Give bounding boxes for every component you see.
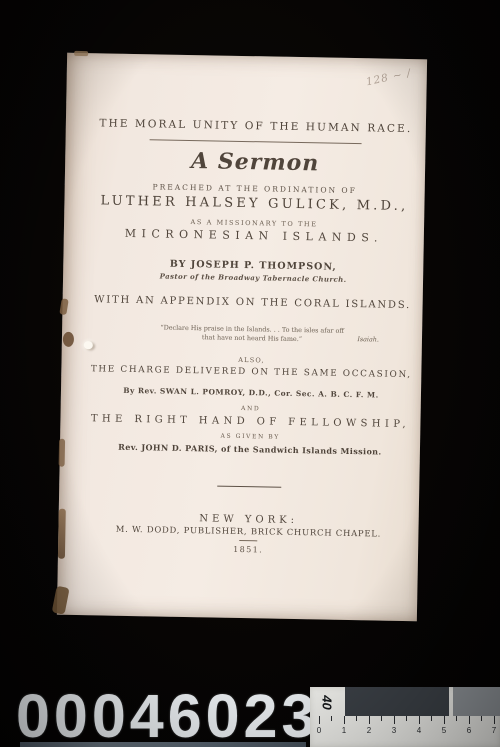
binding-wear-mark <box>52 586 70 615</box>
ordinand-name-line: LUTHER HALSEY GULICK, M.D., <box>88 193 420 214</box>
scale-side-label: 40 <box>314 688 342 715</box>
binding-wear-mark <box>58 509 66 559</box>
ruler-tick <box>381 716 382 721</box>
year-divider-rule <box>239 540 257 541</box>
charge-line: THE CHARGE DELIVERED ON THE SAME OCCASIO… <box>85 364 417 380</box>
binding-wear-mark <box>59 439 66 467</box>
scale-light-segment <box>453 687 500 716</box>
binding-wear-mark <box>59 298 68 315</box>
sermon-heading-blackletter: A Sermon <box>89 146 421 178</box>
ruler-tick <box>406 716 407 721</box>
ruler-number: 4 <box>414 726 424 735</box>
ruler-number: 2 <box>364 726 374 735</box>
ruler-tick <box>456 716 457 721</box>
binding-wear-mark <box>63 332 74 347</box>
paris-line: Rev. JOHN D. PARIS, of the Sandwich Isla… <box>84 441 416 457</box>
ruler-tick <box>319 716 320 724</box>
scripture-quote: “Declare His praise in the Islands. . . … <box>86 322 418 345</box>
ruler-number: 3 <box>389 726 399 735</box>
ruler-number: 5 <box>439 726 449 735</box>
ruler-number: 6 <box>464 726 474 735</box>
color-bar-strip <box>20 742 306 747</box>
scale-dark-segment <box>345 687 449 716</box>
ruler-tick <box>431 716 432 721</box>
accession-number: 00046023 <box>16 688 316 744</box>
ruler-tick <box>419 716 420 724</box>
scale-side-label-text: 40 <box>320 695 335 709</box>
ruler-tick <box>394 716 395 724</box>
measuring-scale: 40 0 1 2 3 4 5 6 7 <box>310 687 500 747</box>
charge-author-line: By Rev. SWAN L. POMROY, D.D., Cor. Sec. … <box>85 385 417 400</box>
paper-bright-spot <box>84 341 93 349</box>
ruler-tick <box>369 716 370 724</box>
ruler-tick <box>481 716 482 721</box>
imprint-divider-rule <box>217 486 281 488</box>
ruler-tick <box>331 716 332 721</box>
ruler-tick <box>469 716 470 724</box>
fellowship-line: THE RIGHT HAND OF FELLOWSHIP, <box>84 413 416 430</box>
ruler-number: 7 <box>489 726 499 735</box>
appendix-line: WITH AN APPENDIX ON THE CORAL ISLANDS. <box>87 294 419 311</box>
ruler-number: 0 <box>314 726 324 735</box>
ruler-number: 1 <box>339 726 349 735</box>
book-title-page: 128 ~ / THE MORAL UNITY OF THE HUMAN RAC… <box>57 53 427 622</box>
ruler-tick <box>344 716 345 724</box>
ruler-tick <box>444 716 445 724</box>
page-title: THE MORAL UNITY OF THE HUMAN RACE. <box>90 117 422 135</box>
binding-wear-mark <box>74 51 88 56</box>
ruler-tick <box>494 716 495 724</box>
ruler-tick <box>356 716 357 721</box>
ruler-ticks: 0 1 2 3 4 5 6 7 <box>310 716 500 747</box>
quote-attribution: Isaiah. <box>357 335 379 344</box>
museum-photograph: 128 ~ / THE MORAL UNITY OF THE HUMAN RAC… <box>0 0 500 747</box>
year-line: 1851. <box>82 542 414 557</box>
title-page-text: THE MORAL UNITY OF THE HUMAN RACE. A Ser… <box>81 53 423 621</box>
title-divider-rule <box>150 139 362 144</box>
